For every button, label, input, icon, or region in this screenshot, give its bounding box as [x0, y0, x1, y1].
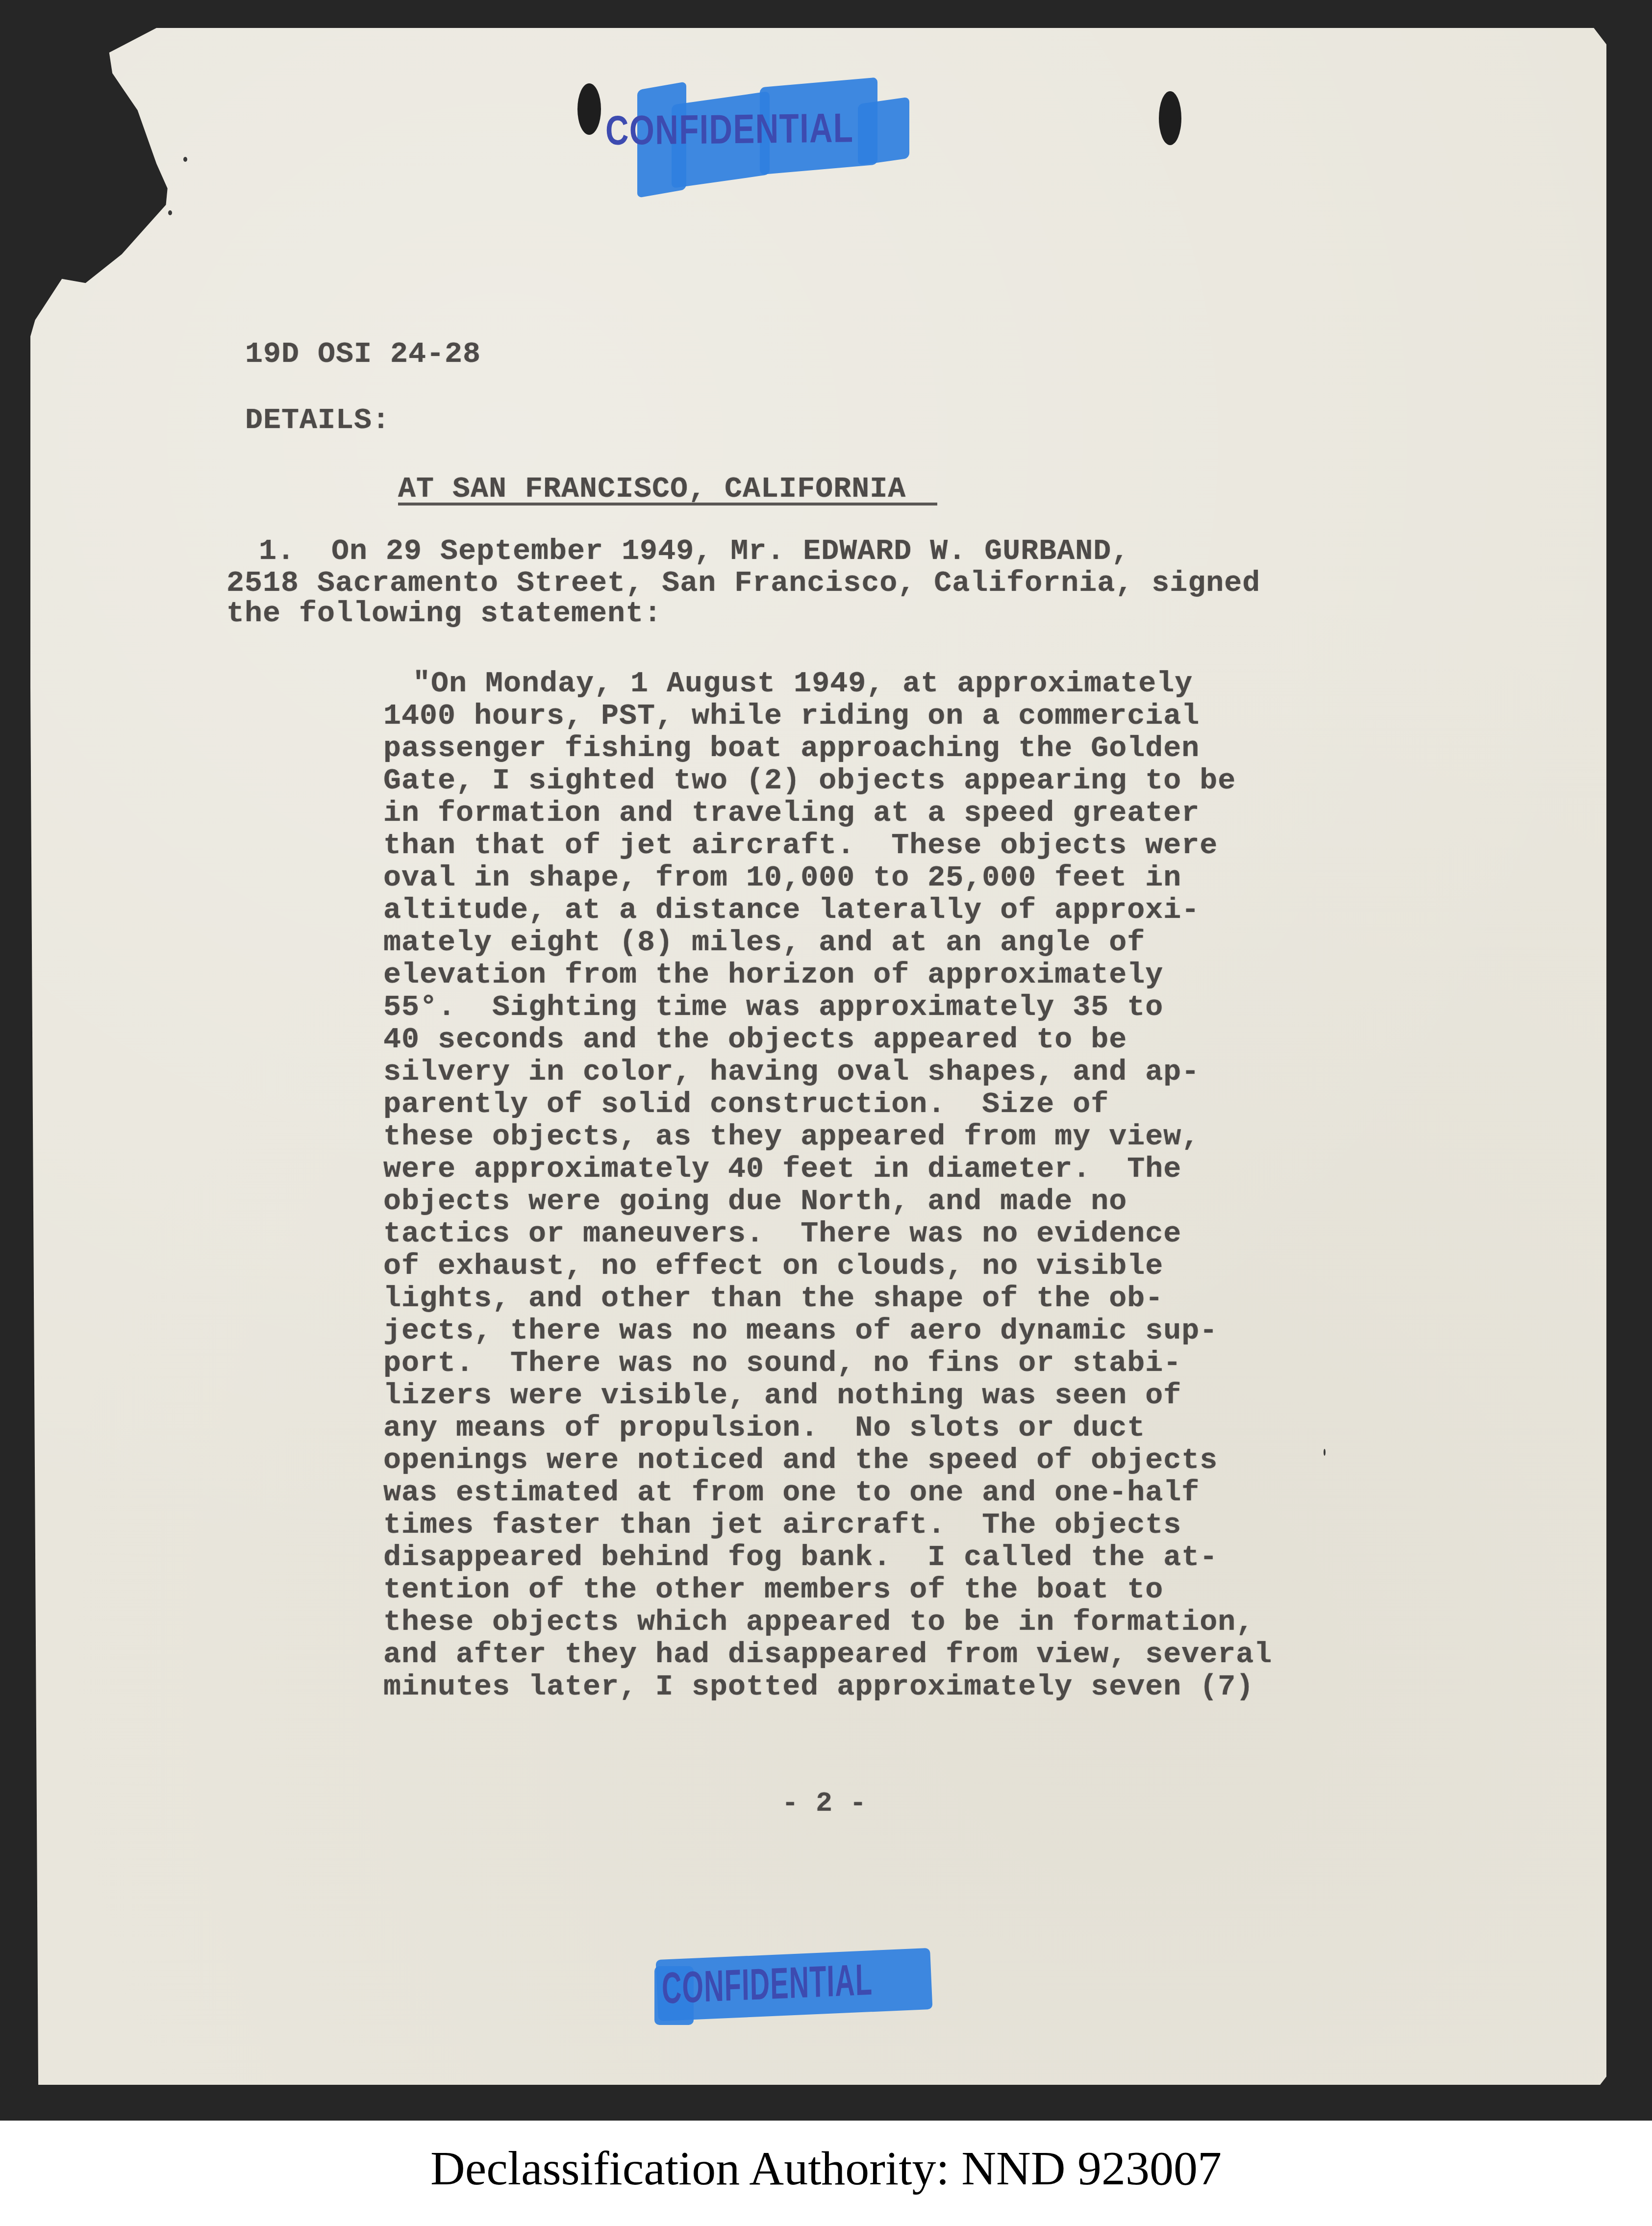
- statement-line: passenger fishing boat approaching the G…: [383, 734, 1200, 763]
- statement-block: "On Monday, 1 August 1949, at approximat…: [383, 669, 1364, 1748]
- stamp-text: CONFIDENTIAL: [661, 1955, 873, 2014]
- statement-line: 55°. Sighting time was approximately 35 …: [383, 993, 1163, 1022]
- paper-speck: [168, 210, 172, 215]
- statement-line: silvery in color, having oval shapes, an…: [383, 1058, 1200, 1087]
- statement-line: 1400 hours, PST, while riding on a comme…: [383, 702, 1200, 731]
- statement-line: elevation from the horizon of approximat…: [383, 961, 1163, 990]
- statement-line: jects, there was no means of aero dynami…: [383, 1316, 1218, 1346]
- statement-line: any means of propulsion. No slots or duc…: [383, 1414, 1145, 1443]
- statement-line: in formation and traveling at a speed gr…: [383, 799, 1200, 828]
- stamp-text: CONFIDENTIAL: [605, 104, 854, 154]
- statement-line: times faster than jet aircraft. The obje…: [383, 1511, 1181, 1540]
- paper-speck: [183, 157, 187, 162]
- statement-line: mately eight (8) miles, and at an angle …: [383, 928, 1145, 958]
- statement-line: were approximately 40 feet in diameter. …: [383, 1155, 1181, 1184]
- statement-line: port. There was no sound, no fins or sta…: [383, 1349, 1181, 1378]
- heading-underline: [398, 503, 937, 506]
- punch-hole-left: [577, 83, 601, 135]
- section-heading: DETAILS:: [245, 406, 390, 435]
- statement-line: "On Monday, 1 August 1949, at approximat…: [413, 669, 1193, 699]
- statement-line: these objects which appeared to be in fo…: [383, 1608, 1254, 1637]
- statement-line: disappeared behind fog bank. I called th…: [383, 1543, 1218, 1572]
- statement-line: lizers were visible, and nothing was see…: [383, 1381, 1181, 1411]
- statement-line: objects were going due North, and made n…: [383, 1187, 1127, 1216]
- statement-line: oval in shape, from 10,000 to 25,000 fee…: [383, 863, 1181, 893]
- paragraph-line: 2518 Sacramento Street, San Francisco, C…: [226, 569, 1260, 598]
- statement-line: these objects, as they appeared from my …: [383, 1122, 1200, 1152]
- statement-line: 40 seconds and the objects appeared to b…: [383, 1025, 1127, 1055]
- page-number: - 2 -: [782, 1790, 867, 1817]
- statement-line: minutes later, I spotted approximately s…: [383, 1672, 1254, 1702]
- statement-line: was estimated at from one to one and one…: [383, 1478, 1200, 1508]
- statement-line: than that of jet aircraft. These objects…: [383, 831, 1218, 860]
- statement-line: of exhaust, no effect on clouds, no visi…: [383, 1252, 1163, 1281]
- punch-hole-right: [1159, 91, 1181, 145]
- statement-line: tention of the other members of the boat…: [383, 1575, 1163, 1605]
- paragraph-line: the following statement:: [226, 599, 662, 629]
- statement-line: lights, and other than the shape of the …: [383, 1284, 1163, 1314]
- statement-line: parently of solid construction. Size of: [383, 1090, 1109, 1119]
- statement-line: tactics or maneuvers. There was no evide…: [383, 1219, 1181, 1249]
- paragraph-line: 1. On 29 September 1949, Mr. EDWARD W. G…: [259, 537, 1129, 566]
- location-heading: AT SAN FRANCISCO, CALIFORNIA: [398, 475, 906, 504]
- file-reference: 19D OSI 24-28: [245, 340, 481, 369]
- marker-stroke: [858, 97, 909, 166]
- statement-line: Gate, I sighted two (2) objects appearin…: [383, 766, 1236, 796]
- statement-line: openings were noticed and the speed of o…: [383, 1446, 1218, 1475]
- statement-line: and after they had disappeared from view…: [383, 1640, 1272, 1669]
- statement-line: altitude, at a distance laterally of app…: [383, 896, 1200, 925]
- declassification-caption: Declassification Authority: NND 923007: [0, 2143, 1652, 2196]
